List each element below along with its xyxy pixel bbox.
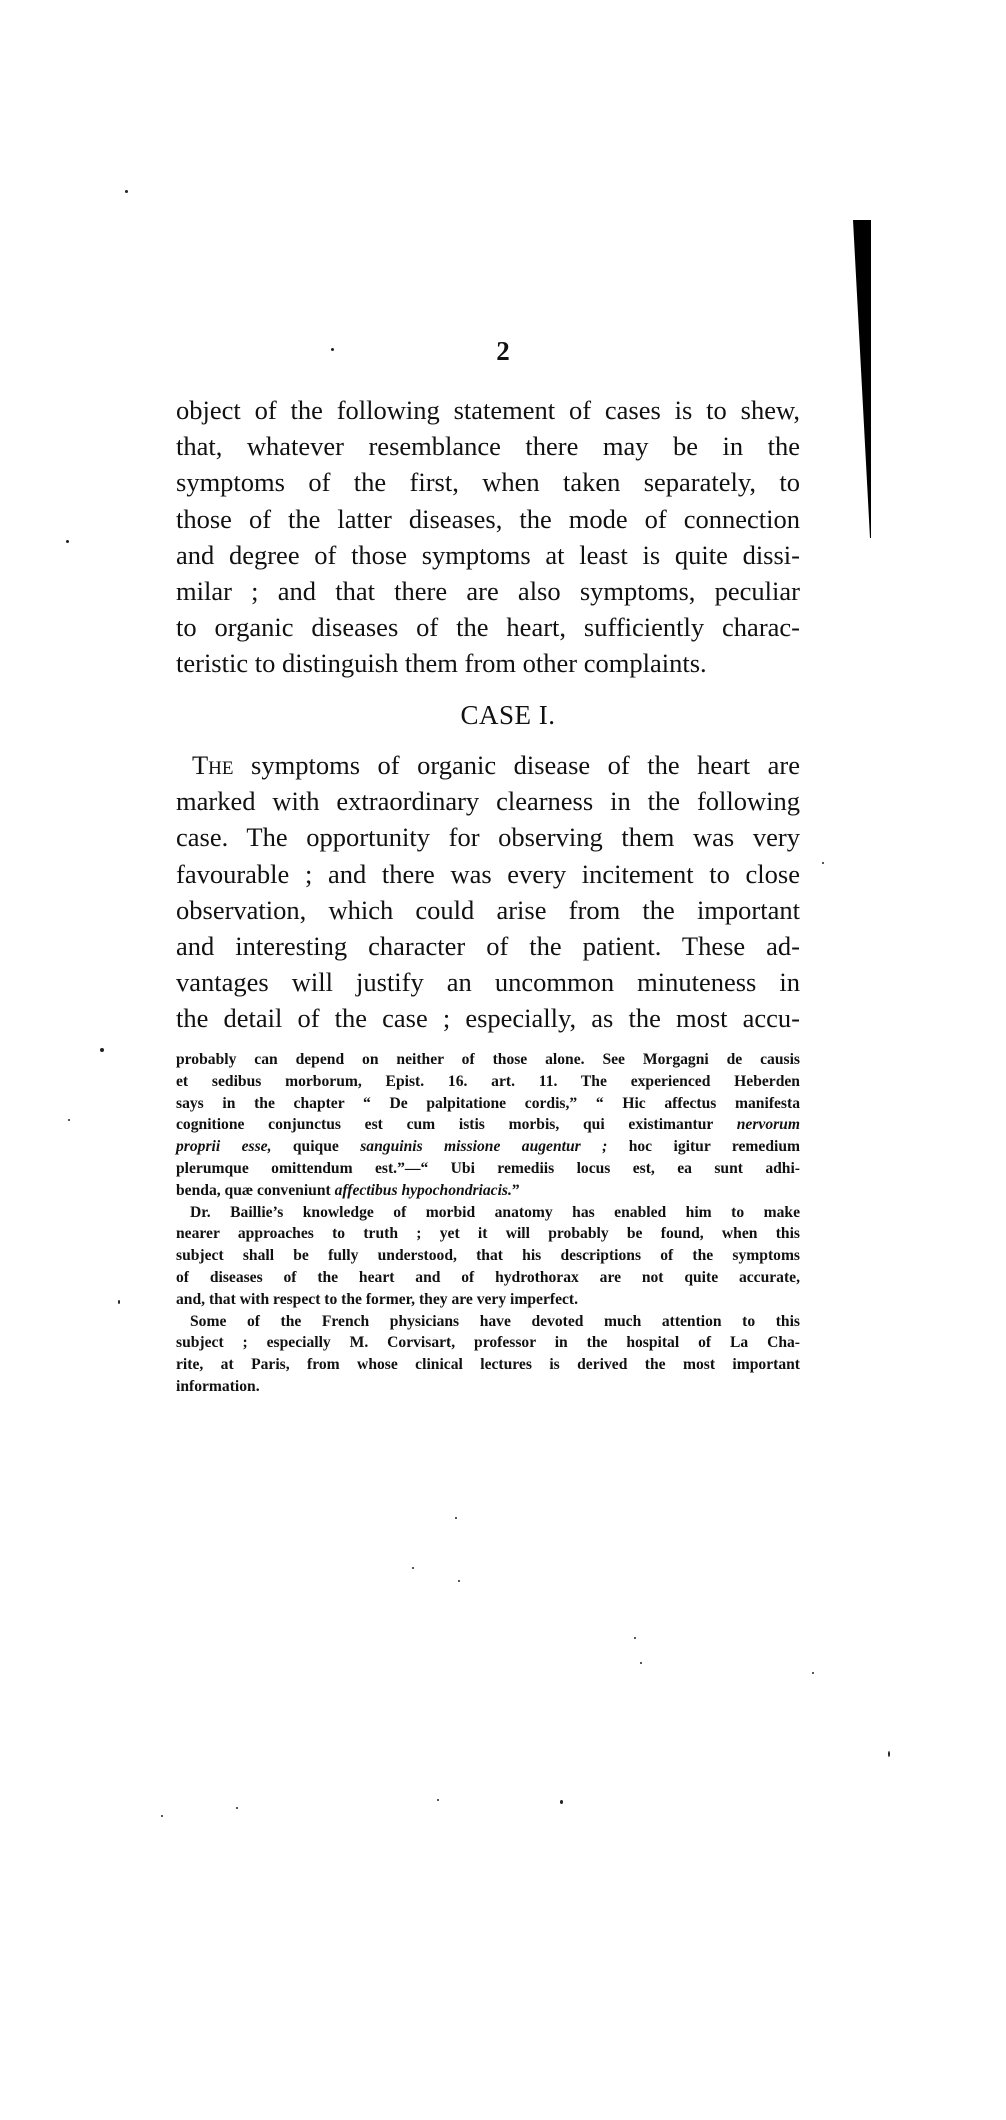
text-line-rest: symptoms of organic disease of the heart… (234, 750, 800, 780)
text-line: object of the following statement of cas… (176, 392, 800, 428)
footnote-line: Dr. Baillie’s knowledge of morbid anatom… (176, 1202, 800, 1224)
footnote-line: Some of the French physicians have devot… (176, 1311, 800, 1333)
footnote-line: information. (176, 1376, 800, 1398)
scan-speck (640, 1662, 642, 1664)
scan-speck (812, 1672, 814, 1674)
footnote-paragraph-2: Dr. Baillie’s knowledge of morbid anatom… (176, 1202, 800, 1311)
text-line: The symptoms of organic disease of the h… (176, 747, 800, 783)
text-line: that, whatever resemblance there may be … (176, 428, 800, 464)
footnote-line: subject shall be fully understood, that … (176, 1245, 800, 1267)
text-line: favourable ; and there was every incitem… (176, 856, 800, 892)
footnote-paragraph-3: Some of the French physicians have devot… (176, 1311, 800, 1398)
text-segment: ” (512, 1182, 520, 1199)
footnote-line: subject ; especially M. Corvisart, profe… (176, 1332, 800, 1354)
intro-paragraph: object of the following statement of cas… (176, 392, 800, 682)
text-segment: plerumque omittendum est.”—“ Ubi remedii… (176, 1160, 800, 1177)
scan-speck (437, 1799, 439, 1801)
italic-segment: nervorum (737, 1116, 800, 1133)
case-paragraph: The symptoms of organic disease of the h… (176, 747, 800, 1037)
footnote-line: et sedibus morborum, Epist. 16. art. 11.… (176, 1071, 800, 1093)
text-segment: benda, quæ conveniunt (176, 1182, 335, 1199)
text-segment: hoc igitur remedium (607, 1138, 800, 1155)
scan-speck (118, 1300, 120, 1304)
italic-segment: proprii esse, (176, 1138, 271, 1155)
scan-speck (458, 1580, 460, 1582)
text-line: teristic to distinguish them from other … (176, 645, 800, 681)
text-segment: et sedibus morborum, Epist. 16. art. 11.… (176, 1073, 800, 1090)
text-line: the detail of the case ; especially, as … (176, 1000, 800, 1036)
footnote: probably can depend on neither of those … (176, 1049, 800, 1398)
footnote-line: says in the chapter “ De palpitatione co… (176, 1093, 800, 1115)
scan-speck (100, 1048, 104, 1052)
text-segment: quique (271, 1138, 360, 1155)
scan-speck (68, 1119, 70, 1121)
scan-speck (888, 1751, 890, 1757)
footnote-paragraph-1: probably can depend on neither of those … (176, 1049, 800, 1202)
footnote-line: probably can depend on neither of those … (176, 1049, 800, 1071)
text-segment: probably can depend on neither of those … (176, 1051, 800, 1068)
text-line: those of the latter diseases, the mode o… (176, 501, 800, 537)
drop-word: The (192, 750, 234, 780)
text-line: observation, which could arise from the … (176, 892, 800, 928)
italic-segment: affectibus hypochondriacis. (335, 1182, 512, 1199)
text-line: vantages will justify an uncommon minute… (176, 964, 800, 1000)
text-line: marked with extraordinary clearness in t… (176, 783, 800, 819)
text-segment: says in the chapter “ De palpitatione co… (176, 1095, 800, 1112)
footnote-line: of diseases of the heart and of hydrotho… (176, 1267, 800, 1289)
footnote-line: plerumque omittendum est.”—“ Ubi remedii… (176, 1158, 800, 1180)
text-line: and degree of those symptoms at least is… (176, 537, 800, 573)
footnote-line: cognitione conjunctus est cum istis morb… (176, 1114, 800, 1136)
footnote-line: and, that with respect to the former, th… (176, 1289, 800, 1311)
scan-speck (455, 1517, 457, 1519)
italic-segment: sanguinis missione augentur ; (360, 1138, 607, 1155)
scanned-book-page: 2 object of the following statement of c… (0, 0, 1006, 2120)
scan-speck (236, 1807, 238, 1809)
scan-speck (560, 1800, 563, 1804)
text-line: case. The opportunity for observing them… (176, 819, 800, 855)
scan-speck (161, 1815, 163, 1817)
footnote-line: proprii esse, quique sanguinis missione … (176, 1136, 800, 1158)
text-segment: cognitione conjunctus est cum istis morb… (176, 1116, 737, 1133)
text-line: milar ; and that there are also symptoms… (176, 573, 800, 609)
scan-speck (331, 348, 334, 351)
text-line: symptoms of the first, when taken separa… (176, 464, 800, 500)
scan-speck (822, 862, 824, 864)
text-line: to organic diseases of the heart, suffic… (176, 609, 800, 645)
footnote-line: benda, quæ conveniunt affectibus hypocho… (176, 1180, 800, 1202)
text-line: and interesting character of the patient… (176, 928, 800, 964)
scan-speck (125, 190, 128, 193)
scan-speck (66, 540, 69, 543)
footnote-line: nearer approaches to truth ; yet it will… (176, 1223, 800, 1245)
footnote-line: rite, at Paris, from whose clinical lect… (176, 1354, 800, 1376)
scan-speck (412, 1567, 414, 1569)
scan-speck (634, 1637, 636, 1639)
margin-scan-bar (853, 220, 871, 538)
case-heading: CASE I. (0, 700, 1006, 731)
